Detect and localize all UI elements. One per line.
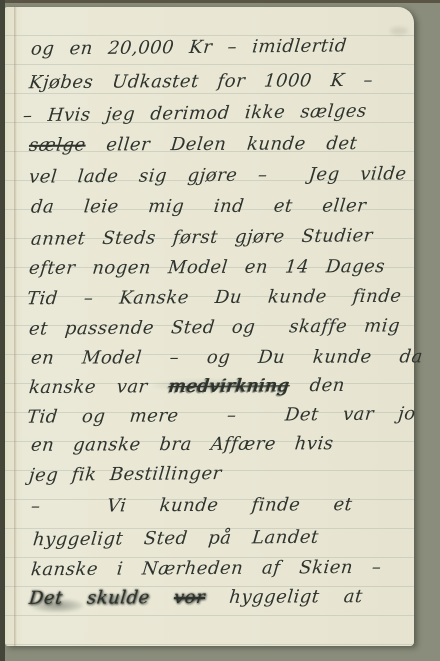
- handwriting-line: Kjøbes Udkastet for 1000 K –: [29, 69, 373, 95]
- scanned-letter-screenshot: { "colors": { "background": "#8a8d7b", "…: [0, 0, 440, 661]
- ink-blot: [97, 595, 123, 605]
- handwriting-line: og en 20,000 Kr – imidlertid: [31, 34, 347, 61]
- struck-word: vor: [173, 587, 206, 608]
- handwriting-text: og en 20,000 Kr – imidlertid: [30, 35, 348, 59]
- ink-blot: [31, 599, 83, 612]
- handwriting-line: hyggeligt Sted på Landet: [33, 526, 319, 552]
- handwriting-line: vel lade sig gjøre – Jeg vilde: [29, 162, 407, 189]
- handwriting-text: et passende Sted og skaffe mig: [28, 315, 401, 339]
- paper-stain: [390, 27, 408, 35]
- paper-fold-crease: [14, 7, 17, 646]
- handwriting-line: Tid – Kanske Du kunde finde: [27, 285, 402, 312]
- handwriting-text: kanske var: [28, 376, 169, 398]
- handwriting-text: annet Steds først gjøre Studier: [30, 225, 374, 250]
- handwriting-line: et passende Sted og skaffe mig: [29, 314, 400, 341]
- handwriting-text: eller Delen kunde det: [85, 133, 359, 155]
- handwriting-text: vel lade sig gjøre – Jeg vilde: [28, 163, 408, 187]
- handwriting-text: hyggeligt at: [204, 586, 364, 608]
- handwriting-text: en Model – og Du kunde da: [30, 346, 424, 368]
- handwriting-line: Tid og mere – Det var jo: [27, 402, 416, 429]
- handwriting-text: Tid og mere – Det var jo: [26, 403, 417, 427]
- handwriting-text: Kjøbes Udkastet for 1000 K –: [28, 70, 374, 93]
- handwriting-line: annet Steds først gjøre Studier: [31, 224, 373, 252]
- handwriting-text: – Vi kunde finde et: [30, 494, 353, 517]
- handwriting-text: Tid – Kanske Du kunde finde: [26, 286, 403, 310]
- handwriting-line: – Vi kunde finde et: [31, 493, 353, 519]
- handwriting-line: en Model – og Du kunde da: [31, 345, 423, 370]
- handwriting-line: kanske i Nærheden af Skien –: [31, 556, 381, 582]
- handwriting-line: en ganske bra Affære hvis: [31, 432, 334, 458]
- table-surface-shadow: [0, 0, 440, 3]
- handwriting-text: – Hvis jeg derimod ikke sælges: [22, 101, 368, 127]
- handwriting-line: efter nogen Model en 14 Dages: [29, 255, 385, 281]
- handwriting-text: da leie mig ind et eller: [30, 195, 367, 217]
- struck-word: sælge: [28, 135, 87, 156]
- manuscript-page: og en 20,000 Kr – imidlertid Kjøbes Udka…: [5, 7, 414, 646]
- handwriting-text: den: [288, 375, 346, 396]
- handwriting-line: sælge eller Delen kunde det: [29, 132, 357, 158]
- handwriting-text: efter nogen Model en 14 Dages: [28, 256, 386, 279]
- handwriting-line: jeg fik Bestillinger: [29, 462, 222, 488]
- handwriting-text: kanske i Nærheden af Skien –: [30, 557, 382, 580]
- handwriting-line: da leie mig ind et eller: [31, 194, 366, 219]
- handwriting-text: hyggeligt Sted på Landet: [32, 527, 320, 551]
- handwriting-text: en ganske bra Affære hvis: [30, 433, 335, 456]
- handwriting-text: jeg fik Bestillinger: [28, 463, 223, 486]
- handwriting-line: – Hvis jeg derimod ikke sælges: [23, 100, 367, 129]
- ink-smear: [153, 379, 263, 392]
